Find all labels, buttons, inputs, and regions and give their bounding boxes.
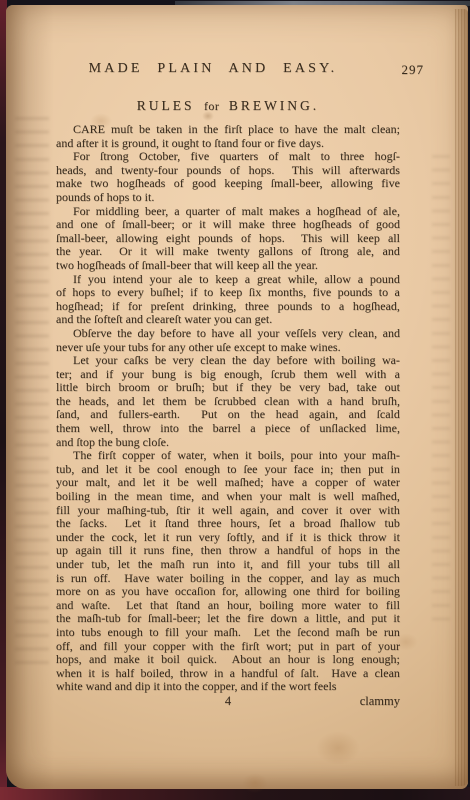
text-line: moreonasyouhaveoccaſionfor,allowingoneth… <box>56 585 400 599</box>
text-line: undertub,letthemaſhrunintoit,andfillyour… <box>56 558 400 572</box>
text-line: hogſhead;ifforpreſentdrinking,threepound… <box>56 300 400 314</box>
paragraph: Letyourcaſksbeverycleanthedaybeforewithb… <box>56 354 400 449</box>
signature-mark: 4 <box>225 694 231 708</box>
text-line: whenitishalfboiled,throwinahandfulofſalt… <box>56 667 400 681</box>
paragraph: Obſervethedaybeforetohaveallyourveſſelsv… <box>56 327 400 354</box>
section-title: RULES for BREWING. <box>56 98 400 115</box>
text-line: themaſh-tubforſmall-beer;letthefiredowna… <box>56 612 400 626</box>
paragraph: CAREmuſtbetakeninthefirſtplacetohavethem… <box>56 123 400 150</box>
text-line: Formiddlingbeer,aquarterofmaltmakesahogſ… <box>56 205 400 219</box>
page-number: 297 <box>402 62 425 78</box>
text-line: andoneofſmall-beer;oritwillmakethreehogſ… <box>56 218 400 232</box>
text-line: ſmall-beer,allowingeightpoundsofhops.Thi… <box>56 232 400 246</box>
running-head: MADE PLAIN AND EASY. 297 <box>56 61 400 79</box>
section-title-word3: BREWING. <box>229 98 319 113</box>
text-line: isrunoff.Havewaterboilinginthecopper,and… <box>56 572 400 586</box>
text-line: boilinginthemeantime,andwhenyourmaltiswe… <box>56 490 400 504</box>
text-line: littlebirchbroomorbruſh;butiftheybeveryb… <box>56 381 400 395</box>
text-line: fillyourmaſhing-tub,ſtiritwellagain,andc… <box>56 504 400 518</box>
text-line: tub,andletitbecoolenoughtoſeeyourfacein;… <box>56 463 400 477</box>
show-through-text-right <box>432 155 450 629</box>
show-through-text-left <box>15 117 49 674</box>
text-line: theſacks.Letitſtandthreehours,ſetabroadſ… <box>56 517 400 531</box>
text-line: never uſe your tubs for any other uſe ex… <box>56 341 400 355</box>
text-line: and the ſofteſt and cleareſt water you c… <box>56 313 400 327</box>
page-footer: 4 clammy <box>56 694 400 709</box>
paragraph: Formiddlingbeer,aquarterofmaltmakesahogſ… <box>56 205 400 273</box>
paragraph: ForſtrongOctober,fivequartersofmalttothr… <box>56 150 400 204</box>
text-line: and ſtop the bung cloſe. <box>56 436 400 450</box>
text-line: hops,andmakeitboilquick.Aboutanhourislon… <box>56 653 400 667</box>
book-fore-edge <box>454 9 468 786</box>
text-line: yourmalt,andletitbewellmaſhed;haveacoppe… <box>56 476 400 490</box>
text-line: off,andfillyourcopperwiththefirſtwort;pu… <box>56 640 400 654</box>
text-line: ter;andifyourbungisbigenough,ſcrubthemwe… <box>56 368 400 382</box>
paper-stain <box>316 731 360 765</box>
text-line: intotubsenoughtofillyourmaſh.Lettheſecon… <box>56 626 400 640</box>
text-line: and after it is ground, it ought to ſtan… <box>56 137 400 151</box>
text-line: theyear.Oritwillmaketwentygallonsofſtron… <box>56 245 400 259</box>
text-line: Ifyouintendyouraletokeepagreatwhile,allo… <box>56 273 400 287</box>
text-block: MADE PLAIN AND EASY. 297 RULES for BREWI… <box>56 61 400 709</box>
text-line: CAREmuſtbetakeninthefirſtplacetohavethem… <box>56 123 400 137</box>
section-title-word1: RULES <box>137 98 195 113</box>
text-line: themwell,throwintothebarrelapieceofunſla… <box>56 422 400 436</box>
paragraph: Thefirſtcopperofwater,whenitboils,pourin… <box>56 449 400 694</box>
text-line: maketwohogſheadsofgoodkeepingſmall-beer,… <box>56 177 400 191</box>
book-photo-scene: MADE PLAIN AND EASY. 297 RULES for BREWI… <box>0 0 470 800</box>
text-line: Letyourcaſksbeverycleanthedaybeforewithb… <box>56 354 400 368</box>
text-line: Thefirſtcopperofwater,whenitboils,pourin… <box>56 449 400 463</box>
text-line: ForſtrongOctober,fivequartersofmalttothr… <box>56 150 400 164</box>
text-line: pounds of hops to it. <box>56 191 400 205</box>
text-line: theheads,andletthembeſcrubbedcleanwithah… <box>56 395 400 409</box>
text-line: white wand and dip it into the copper, a… <box>56 680 400 694</box>
text-line: ſand,andfullers-earth.Putontheheadagain,… <box>56 408 400 422</box>
text-line: andwaſte.Letthatſtandanhour,boilingmorew… <box>56 599 400 613</box>
text-line: underthecock,letitrunveryſoftly,andifiti… <box>56 531 400 545</box>
section-title-word2: for <box>204 99 220 113</box>
text-line: ofhopstoeverybuſhel;iftokeepſixmonths,fi… <box>56 286 400 300</box>
paragraph: Ifyouintendyouraletokeepagreatwhile,allo… <box>56 273 400 327</box>
text-line: two hogſheads of ſmall-beer that will ke… <box>56 259 400 273</box>
text-line: upagaintillitrunsfine,thenthrowahandfulo… <box>56 544 400 558</box>
text-line: heads,andtwenty-fourpoundsofhops.Thiswil… <box>56 164 400 178</box>
running-head-title: MADE PLAIN AND EASY. <box>89 61 338 76</box>
body-text: CAREmuſtbetakeninthefirſtplacetohavethem… <box>56 123 400 694</box>
book-page: MADE PLAIN AND EASY. 297 RULES for BREWI… <box>6 5 468 789</box>
text-line: Obſervethedaybeforetohaveallyourveſſelsv… <box>56 327 400 341</box>
catchword: clammy <box>360 694 400 709</box>
